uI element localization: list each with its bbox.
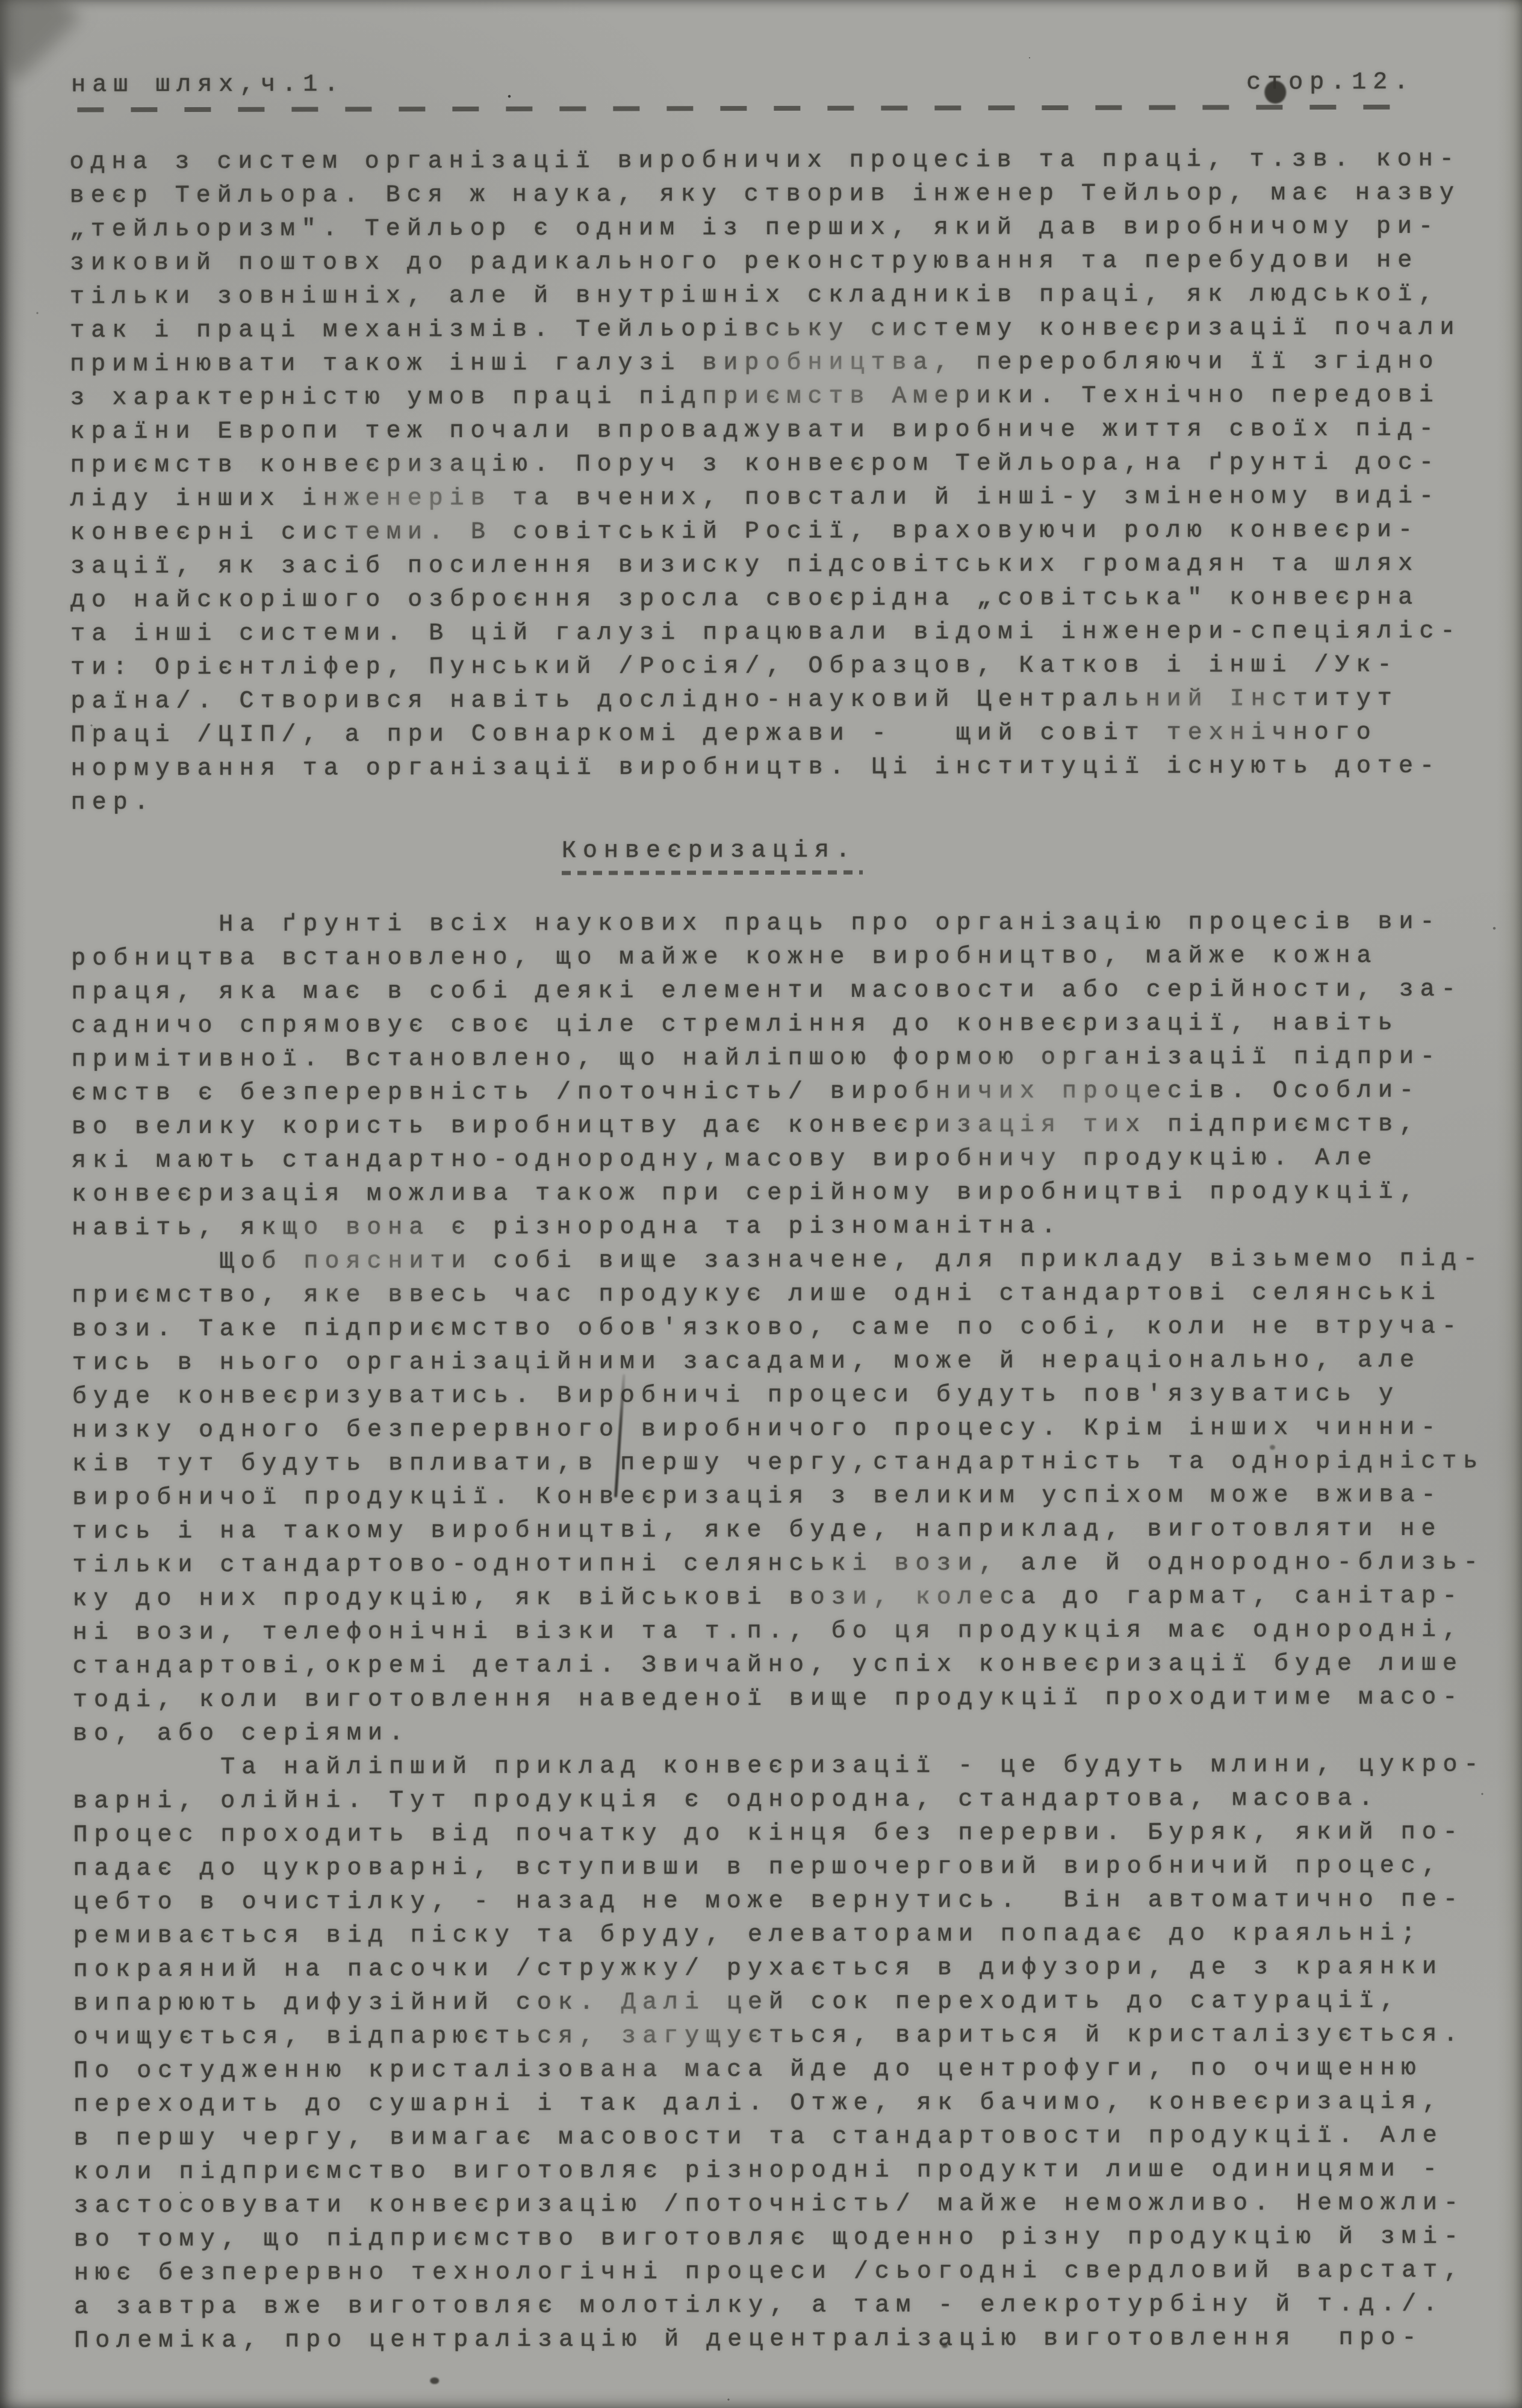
ink-blot <box>1270 1445 1275 1450</box>
header-underline <box>77 105 1414 113</box>
page-content: наш шлях,ч.1. стор.12. одна з систем орг… <box>0 0 1522 2</box>
body-paragraph: Та найліпший приклад конвеєризації - це … <box>73 1748 1495 2358</box>
heading-underline <box>562 870 863 875</box>
ink-blot <box>430 2377 439 2384</box>
journal-title: наш шлях,ч.1. <box>71 68 345 102</box>
scanned-document-page: наш шлях,ч.1. стор.12. одна з систем орг… <box>0 0 1522 2408</box>
page-header: наш шлях,ч.1. стор.12. <box>71 66 1415 103</box>
body-paragraph: На ґрунті всіх наукових праць про органі… <box>71 905 1492 1246</box>
section-heading-block: Конвеєризація. <box>562 834 863 875</box>
ink-blot <box>942 2342 948 2348</box>
page-body: одна з систем організації виробничих про… <box>70 143 1496 2358</box>
scan-corner-shadow <box>0 0 81 81</box>
section-heading: Конвеєризація. <box>562 837 857 865</box>
body-paragraph: одна з систем організації виробничих про… <box>70 143 1492 820</box>
body-paragraph: Щоб пояснити собі вище зазначене, для пр… <box>72 1243 1494 1751</box>
ink-blot <box>1264 81 1286 104</box>
